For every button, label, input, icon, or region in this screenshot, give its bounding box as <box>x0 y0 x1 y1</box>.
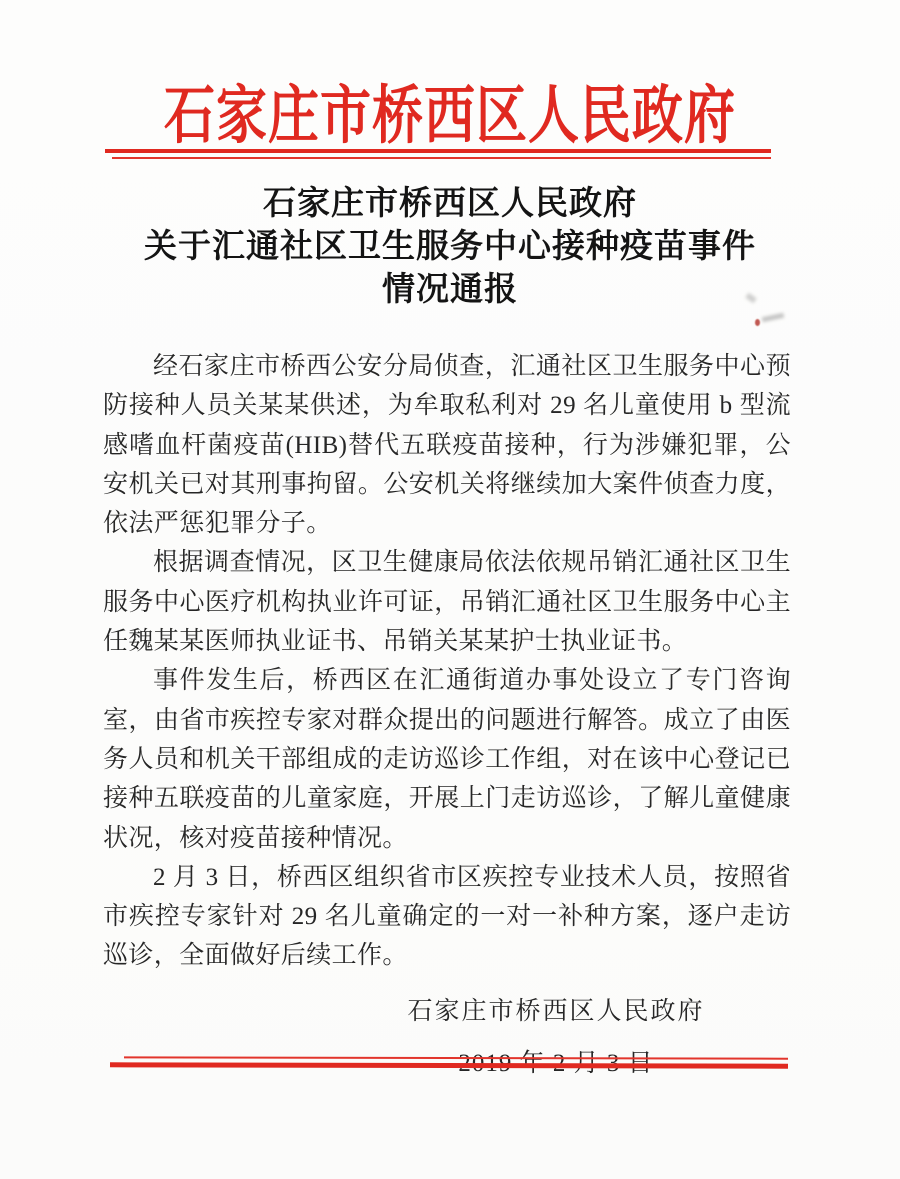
document-title: 石家庄市桥西区人民政府 关于汇通社区卫生服务中心接种疫苗事件 情况通报 <box>0 183 900 312</box>
divider-thin-line <box>112 157 771 159</box>
smudge-mark <box>762 313 785 322</box>
letterhead-divider <box>105 149 771 159</box>
body-paragraph-1: 经石家庄市桥西公安分局侦查，汇通社区卫生服务中心预防接种人员关某某供述，为牟取私… <box>103 347 791 543</box>
document-title-line-1: 石家庄市桥西区人民政府 <box>0 183 900 226</box>
document-title-line-3: 情况通报 <box>0 269 900 312</box>
document-body: 经石家庄市桥西公安分局侦查，汇通社区卫生服务中心预防接种人员关某某供述，为牟取私… <box>103 347 791 976</box>
body-paragraph-3: 事件发生后，桥西区在汇通街道办事处设立了专门咨询室，由省市疾控专家对群众提出的问… <box>103 661 791 857</box>
signature-agency-name: 石家庄市桥西区人民政府 <box>106 991 900 1027</box>
body-paragraph-4: 2 月 3 日，桥西区组织省市区疾控专业技术人员，按照省市疾控专家针对 29 名… <box>103 858 791 976</box>
footer-divider <box>110 1056 788 1068</box>
smudge-red-dot <box>755 319 760 326</box>
document-title-line-2: 关于汇通社区卫生服务中心接种疫苗事件 <box>0 226 900 269</box>
letterhead-agency-name: 石家庄市桥西区人民政府 <box>0 64 900 156</box>
scanned-government-notice: 石家庄市桥西区人民政府 石家庄市桥西区人民政府 关于汇通社区卫生服务中心接种疫苗… <box>0 0 900 1179</box>
body-paragraph-2: 根据调查情况，区卫生健康局依法依规吊销汇通社区卫生服务中心医疗机构执业许可证，吊… <box>103 543 791 661</box>
